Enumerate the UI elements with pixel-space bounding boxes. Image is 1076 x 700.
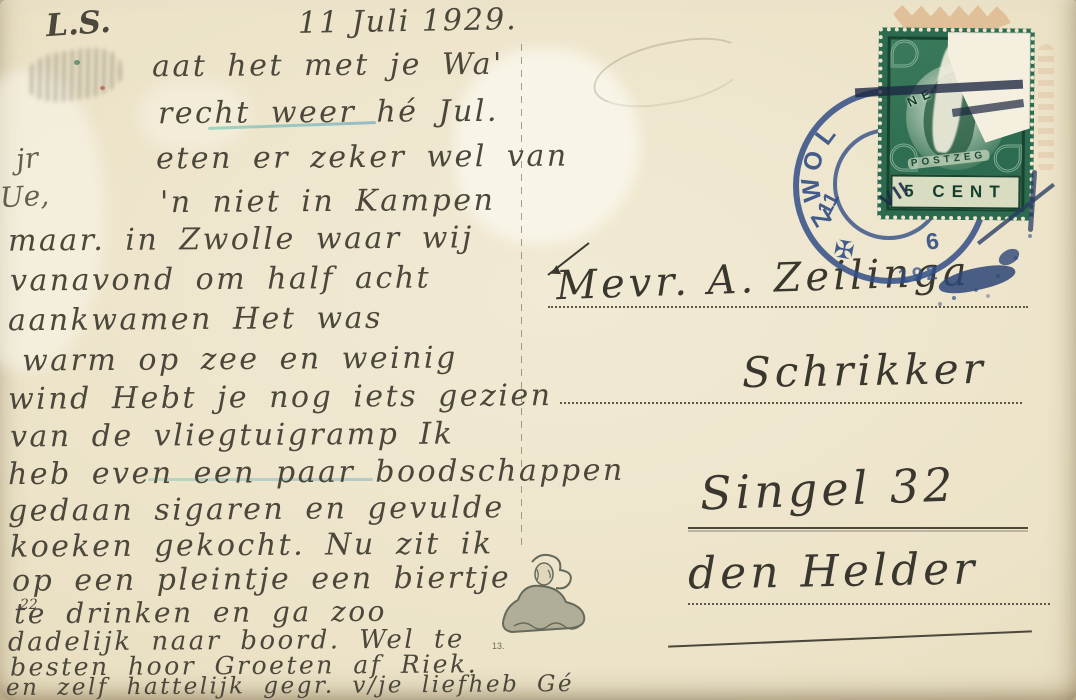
message-line: van de vliegtuigramp Ik bbox=[10, 416, 455, 454]
postmark-ink-dots bbox=[952, 296, 956, 300]
ink-speck bbox=[74, 60, 80, 65]
seated-woman-etching-icon: 13. bbox=[488, 548, 603, 653]
marginal-note: 22 bbox=[20, 597, 38, 613]
stamp-residue bbox=[1038, 44, 1054, 172]
stamp-corner-ornament bbox=[890, 39, 918, 67]
address-underline bbox=[668, 630, 1032, 647]
address-co-line: Schrikker bbox=[742, 344, 988, 397]
ghost-pencil-marks bbox=[588, 30, 750, 115]
message-line: vanavond om half acht bbox=[10, 261, 431, 299]
message-line: heb even een paar boodschappen bbox=[8, 453, 625, 492]
address-dotted-line bbox=[548, 306, 1028, 308]
message-line: aankwamen Het was bbox=[8, 301, 383, 339]
message-line: op een pleintje een biertje bbox=[12, 560, 511, 598]
address-city: den Helder bbox=[688, 543, 979, 599]
message-line: en zelf hattelijk gegr. v/je liefheb Gé bbox=[6, 671, 574, 700]
salutation: L.S. bbox=[45, 4, 112, 44]
message-line: koeken gekocht. Nu zit ik bbox=[10, 526, 494, 564]
address-dotted-line bbox=[560, 402, 1022, 404]
message-line: gedaan sigaren en gevulde bbox=[8, 490, 505, 528]
etching-plate-mark: 13. bbox=[492, 641, 505, 651]
address-underline bbox=[688, 527, 1028, 529]
postcard-back: L.S. 11 Juli 1929. aat het met je Wa' re… bbox=[0, 0, 1076, 700]
erased-ink-smudge bbox=[23, 43, 126, 107]
message-line: recht weer hé Jul. bbox=[158, 94, 499, 131]
message-line: aat het met je Wa' bbox=[152, 47, 504, 84]
ink-speck bbox=[100, 86, 105, 90]
address-dotted-line bbox=[688, 603, 1050, 605]
margin-fragment: Ue, bbox=[0, 179, 50, 215]
message-line: 'n niet in Kampen bbox=[160, 183, 496, 220]
stamp-corner-ornament bbox=[994, 144, 1022, 172]
margin-fragment: jr bbox=[14, 141, 39, 176]
date-line: 11 Juli 1929. bbox=[298, 2, 518, 41]
message-line: maar. in Zwolle waar wij bbox=[8, 220, 474, 258]
postmark-year: 192 bbox=[897, 262, 942, 289]
address-street: Singel 32 bbox=[699, 458, 957, 521]
message-line: warm op zee en weinig bbox=[22, 340, 458, 378]
message-line: eten er zeker wel van bbox=[156, 139, 569, 177]
message-line: wind Hebt je nog iets gezien bbox=[8, 378, 553, 417]
